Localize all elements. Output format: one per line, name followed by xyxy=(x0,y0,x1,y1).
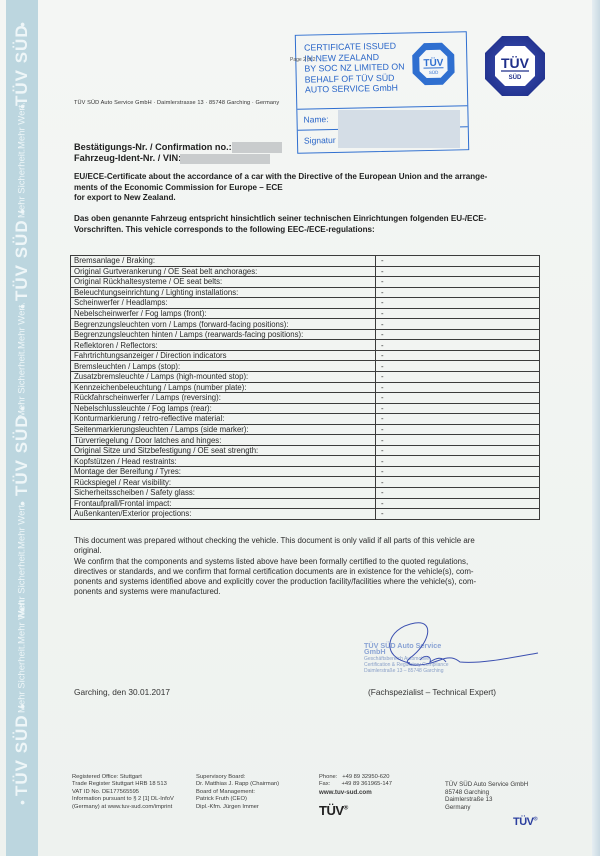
footer-line: Dipl.-Kfm. Jürgen Immer xyxy=(196,804,279,811)
regulation-row: Frontaufprall/Frontal impact:- xyxy=(71,498,540,509)
signer-role: (Fachspezialist – Technical Expert) xyxy=(368,687,496,697)
regulation-row: Sicherheitsscheiben / Safety glass:- xyxy=(71,488,540,499)
footer-registration-info: Registered Office: Stuttgart Trade Regis… xyxy=(72,774,174,811)
tuv-octagon-stamp-icon: TÜV SÜD xyxy=(410,40,457,87)
stripe-brand-4: TÜV SÜD xyxy=(6,720,38,790)
footer-line: Germany xyxy=(445,804,528,812)
regulation-row: Zusatzbremsleuchte / Lamps (high-mounted… xyxy=(71,372,540,383)
regulation-label: Bremsanlage / Braking: xyxy=(71,256,376,267)
regulation-label: Original Sitze und Sitzbefestigung / OE … xyxy=(71,445,376,456)
regulation-row: Scheinwerfer / Headlamps:- xyxy=(71,298,540,309)
footer-line: Supervisory Board: xyxy=(196,774,279,781)
regulation-label: Kopfstützen / Head restraints: xyxy=(71,456,376,467)
regulation-row: Seitenmarkierungsleuchten / Lamps (side … xyxy=(71,424,540,435)
regulation-label: Fahrtrichtungsanzeiger / Direction indic… xyxy=(71,350,376,361)
tuv-mark-text: TÜV xyxy=(513,816,534,828)
stamp-name-label: Name: xyxy=(303,114,328,125)
regulation-label: Bremsleuchten / Lamps (stop): xyxy=(71,361,376,372)
stripe-bullet: • xyxy=(6,796,38,810)
body-line: ponents and systems identified above and… xyxy=(74,577,554,587)
regulations-table: Bremsanlage / Braking:-Original Gurtvera… xyxy=(70,255,540,520)
footer-contact-info: Phone: +49 89 32950-620 Fax: +49 89 3619… xyxy=(319,774,392,796)
stamp-line: AUTO SERVICE GmbH xyxy=(305,83,405,96)
regulation-value: - xyxy=(376,340,540,351)
regulation-value: - xyxy=(376,350,540,361)
vin-label: Fahrzeug-Ident-Nr. / VIN: xyxy=(74,153,181,163)
svg-text:TÜV: TÜV xyxy=(501,55,530,71)
regulation-row: Kennzeichenbeleuchtung / Lamps (number p… xyxy=(71,382,540,393)
regulation-row: Beleuchtungseinrichtung / Lighting insta… xyxy=(71,287,540,298)
footer-company-address: TÜV SÜD Auto Service GmbH 85748 Garching… xyxy=(445,781,528,811)
tuv-sud-logo-icon: TÜV SÜD xyxy=(483,34,547,98)
footer-line: VAT ID No. DE177565595 xyxy=(72,789,174,796)
regulation-label: Rückfahrscheinwerfer / Lamps (reversing)… xyxy=(71,393,376,404)
regulation-row: Original Rückhaltesysteme / OE seat belt… xyxy=(71,277,540,288)
regulation-label: Kennzeichenbeleuchtung / Lamps (number p… xyxy=(71,382,376,393)
regulation-value: - xyxy=(376,509,540,520)
regulation-value: - xyxy=(376,361,540,372)
sender-address-line: TÜV SÜD Auto Service GmbH · Daimlerstras… xyxy=(74,100,279,106)
regulation-value: - xyxy=(376,403,540,414)
body-line: directives or standards, and we confirm … xyxy=(74,567,554,577)
regulation-label: Begrenzungsleuchten vorn / Lamps (forwar… xyxy=(71,319,376,330)
intro-line: Das oben genannte Fahrzeug entspricht hi… xyxy=(74,214,554,225)
footer-line: Information pursuant to § 2 [1] DL-InfoV xyxy=(72,796,174,803)
regulation-value: - xyxy=(376,277,540,288)
stripe-slogan: Mehr Sicherheit. Mehr Wert. xyxy=(6,120,38,200)
stamp-signature-label: Signatur xyxy=(304,135,336,146)
regulation-row: Konturmarkierung / retro-reflective mate… xyxy=(71,414,540,425)
regulation-label: Begrenzungsleuchten hinten / Lamps (rear… xyxy=(71,329,376,340)
regulation-value: - xyxy=(376,435,540,446)
regulation-value: - xyxy=(376,488,540,499)
footer-phone: Phone: +49 89 32950-620 xyxy=(319,774,392,781)
regulation-value: - xyxy=(376,319,540,330)
redacted-name-signature xyxy=(338,110,460,148)
regulation-label: Frontaufprall/Frontal impact: xyxy=(71,498,376,509)
regulation-value: - xyxy=(376,456,540,467)
regulation-value: - xyxy=(376,466,540,477)
regulation-value: - xyxy=(376,445,540,456)
stripe-slogan: Mehr Sicherheit. Mehr Wert. xyxy=(6,615,38,695)
body-line: ponents and systems were manufactured. xyxy=(74,587,554,597)
stripe-slogan: Mehr Sicherheit. Mehr Wert. xyxy=(6,320,38,400)
regulation-label: Rückspiegel / Rear visibility: xyxy=(71,477,376,488)
regulation-value: - xyxy=(376,498,540,509)
regulation-row: Montage der Bereifung / Tyres:- xyxy=(71,466,540,477)
regulation-row: Begrenzungsleuchten hinten / Lamps (rear… xyxy=(71,329,540,340)
regulation-row: Nebelschlussleuchte / Fog lamps (rear):- xyxy=(71,403,540,414)
regulation-row: Begrenzungsleuchten vorn / Lamps (forwar… xyxy=(71,319,540,330)
place-and-date: Garching, den 30.01.2017 xyxy=(74,687,170,697)
regulation-label: Beleuchtungseinrichtung / Lighting insta… xyxy=(71,287,376,298)
confirmation-number-label: Bestätigungs-Nr. / Confirmation no.: xyxy=(74,142,232,152)
footer-line: TÜV SÜD Auto Service GmbH xyxy=(445,781,528,789)
footer-line: 85748 Garching xyxy=(445,789,528,797)
regulation-label: Reflektoren / Reflectors: xyxy=(71,340,376,351)
regulation-value: - xyxy=(376,424,540,435)
regulation-label: Konturmarkierung / retro-reflective mate… xyxy=(71,414,376,425)
footer-line: Dr. Matthias J. Rapp (Chairman) xyxy=(196,781,279,788)
intro-line: Vorschriften. This vehicle corresponds t… xyxy=(74,225,554,236)
footer-board-info: Supervisory Board: Dr. Matthias J. Rapp … xyxy=(196,774,279,811)
regulation-value: - xyxy=(376,266,540,277)
stripe-slogan-line2: Mehr Wert. xyxy=(17,597,28,644)
footer-line: (Germany) at www.tuv-sud.com/imprint xyxy=(72,804,174,811)
regulation-label: Sicherheitsscheiben / Safety glass: xyxy=(71,488,376,499)
regulation-row: Nebelscheinwerfer / Fog lamps (front):- xyxy=(71,308,540,319)
heading-line: for export to New Zealand. xyxy=(74,193,554,204)
regulation-row: Rückfahrscheinwerfer / Lamps (reversing)… xyxy=(71,393,540,404)
body-line: This document was prepared without check… xyxy=(74,536,554,546)
regulation-row: Reflektoren / Reflectors:- xyxy=(71,340,540,351)
regulation-value: - xyxy=(376,298,540,309)
regulation-row: Bremsanlage / Braking:- xyxy=(71,256,540,267)
footer-line: Registered Office: Stuttgart xyxy=(72,774,174,781)
regulation-value: - xyxy=(376,393,540,404)
regulation-label: Original Gurtverankerung / OE Seat belt … xyxy=(71,266,376,277)
footer-website-link[interactable]: www.tuv-sud.com xyxy=(319,789,392,796)
regulation-row: Außenkanten/Exterior projections:- xyxy=(71,509,540,520)
svg-text:SÜD: SÜD xyxy=(509,74,522,81)
regulation-label: Nebelschlussleuchte / Fog lamps (rear): xyxy=(71,403,376,414)
redacted-vin xyxy=(180,154,270,164)
registered-mark: ® xyxy=(344,805,348,812)
registered-mark: ® xyxy=(534,816,538,822)
svg-text:TÜV: TÜV xyxy=(423,56,444,69)
scan-edge xyxy=(592,0,600,856)
stripe-brand-2: TÜV SÜD xyxy=(6,225,38,295)
regulation-row: Kopfstützen / Head restraints:- xyxy=(71,456,540,467)
heading-line: EU/ECE-Certificate about the accordance … xyxy=(74,172,554,183)
regulation-row: Bremsleuchten / Lamps (stop):- xyxy=(71,361,540,372)
regulation-value: - xyxy=(376,372,540,383)
tuv-wordmark-icon: TÜV® xyxy=(319,803,348,818)
stripe-slogan: Mehr Sicherheit. Mehr Wert. xyxy=(6,520,38,600)
regulation-label: Scheinwerfer / Headlamps: xyxy=(71,298,376,309)
regulation-row: Türverriegelung / Door latches and hinge… xyxy=(71,435,540,446)
footer-line: Daimlerstraße 13 xyxy=(445,796,528,804)
heading-line: ments of the Economic Commission for Eur… xyxy=(74,183,554,194)
redacted-confirmation-number xyxy=(232,142,282,153)
regulation-value: - xyxy=(376,382,540,393)
stamp-text: CERTIFICATE ISSUED IN NEW ZEALAND BY SOC… xyxy=(304,41,405,96)
regulation-row: Fahrtrichtungsanzeiger / Direction indic… xyxy=(71,350,540,361)
stripe-slogan-line2: Mehr Wert. xyxy=(17,502,28,549)
regulation-value: - xyxy=(376,477,540,488)
regulation-row: Original Sitze und Sitzbefestigung / OE … xyxy=(71,445,540,456)
regulation-label: Original Rückhaltesysteme / OE seat belt… xyxy=(71,277,376,288)
regulations-intro: Das oben genannte Fahrzeug entspricht hi… xyxy=(74,214,554,235)
stripe-slogan-line2: Mehr Wert. xyxy=(17,102,28,149)
footer-fax: Fax: +49 89 361965-147 xyxy=(319,781,392,788)
svg-text:SÜD: SÜD xyxy=(429,69,439,75)
regulation-label: Nebelscheinwerfer / Fog lamps (front): xyxy=(71,308,376,319)
regulation-label: Türverriegelung / Door latches and hinge… xyxy=(71,435,376,446)
body-line: We confirm that the components and syste… xyxy=(74,557,554,567)
stripe-bullet: • xyxy=(6,700,38,714)
footer-line: Board of Management: xyxy=(196,789,279,796)
regulation-label: Seitenmarkierungsleuchten / Lamps (side … xyxy=(71,424,376,435)
regulation-value: - xyxy=(376,308,540,319)
disclaimer-text: This document was prepared without check… xyxy=(74,536,554,598)
stamp-line: CERTIFICATE ISSUED xyxy=(304,41,404,54)
regulation-row: Rückspiegel / Rear visibility:- xyxy=(71,477,540,488)
stripe-slogan-line2: Mehr Wert. xyxy=(17,302,28,349)
tuv-wordmark-blue-icon: TÜV® xyxy=(513,816,537,828)
body-line: original. xyxy=(74,546,554,556)
regulation-value: - xyxy=(376,329,540,340)
regulation-label: Außenkanten/Exterior projections: xyxy=(71,509,376,520)
regulation-value: - xyxy=(376,256,540,267)
regulation-label: Zusatzbremsleuchte / Lamps (high-mounted… xyxy=(71,372,376,383)
tuv-mark-text: TÜV xyxy=(319,803,344,818)
certificate-heading: EU/ECE-Certificate about the accordance … xyxy=(74,172,554,204)
regulation-value: - xyxy=(376,287,540,298)
page-indicator: Page 2 of 2 xyxy=(290,57,316,63)
stripe-bullet: • xyxy=(6,18,38,32)
stripe-bullet: • xyxy=(6,205,38,219)
regulation-label: Montage der Bereifung / Tyres: xyxy=(71,466,376,477)
stripe-brand-3: TÜV SÜD xyxy=(6,420,38,490)
footer-line: Trade Register Stuttgart HRB 18 513 xyxy=(72,781,174,788)
regulation-row: Original Gurtverankerung / OE Seat belt … xyxy=(71,266,540,277)
regulation-value: - xyxy=(376,414,540,425)
handwritten-signature-icon xyxy=(360,618,540,678)
footer-line: Patrick Fruth (CEO) xyxy=(196,796,279,803)
stripe-brand-1: TÜV SÜD xyxy=(6,30,38,100)
